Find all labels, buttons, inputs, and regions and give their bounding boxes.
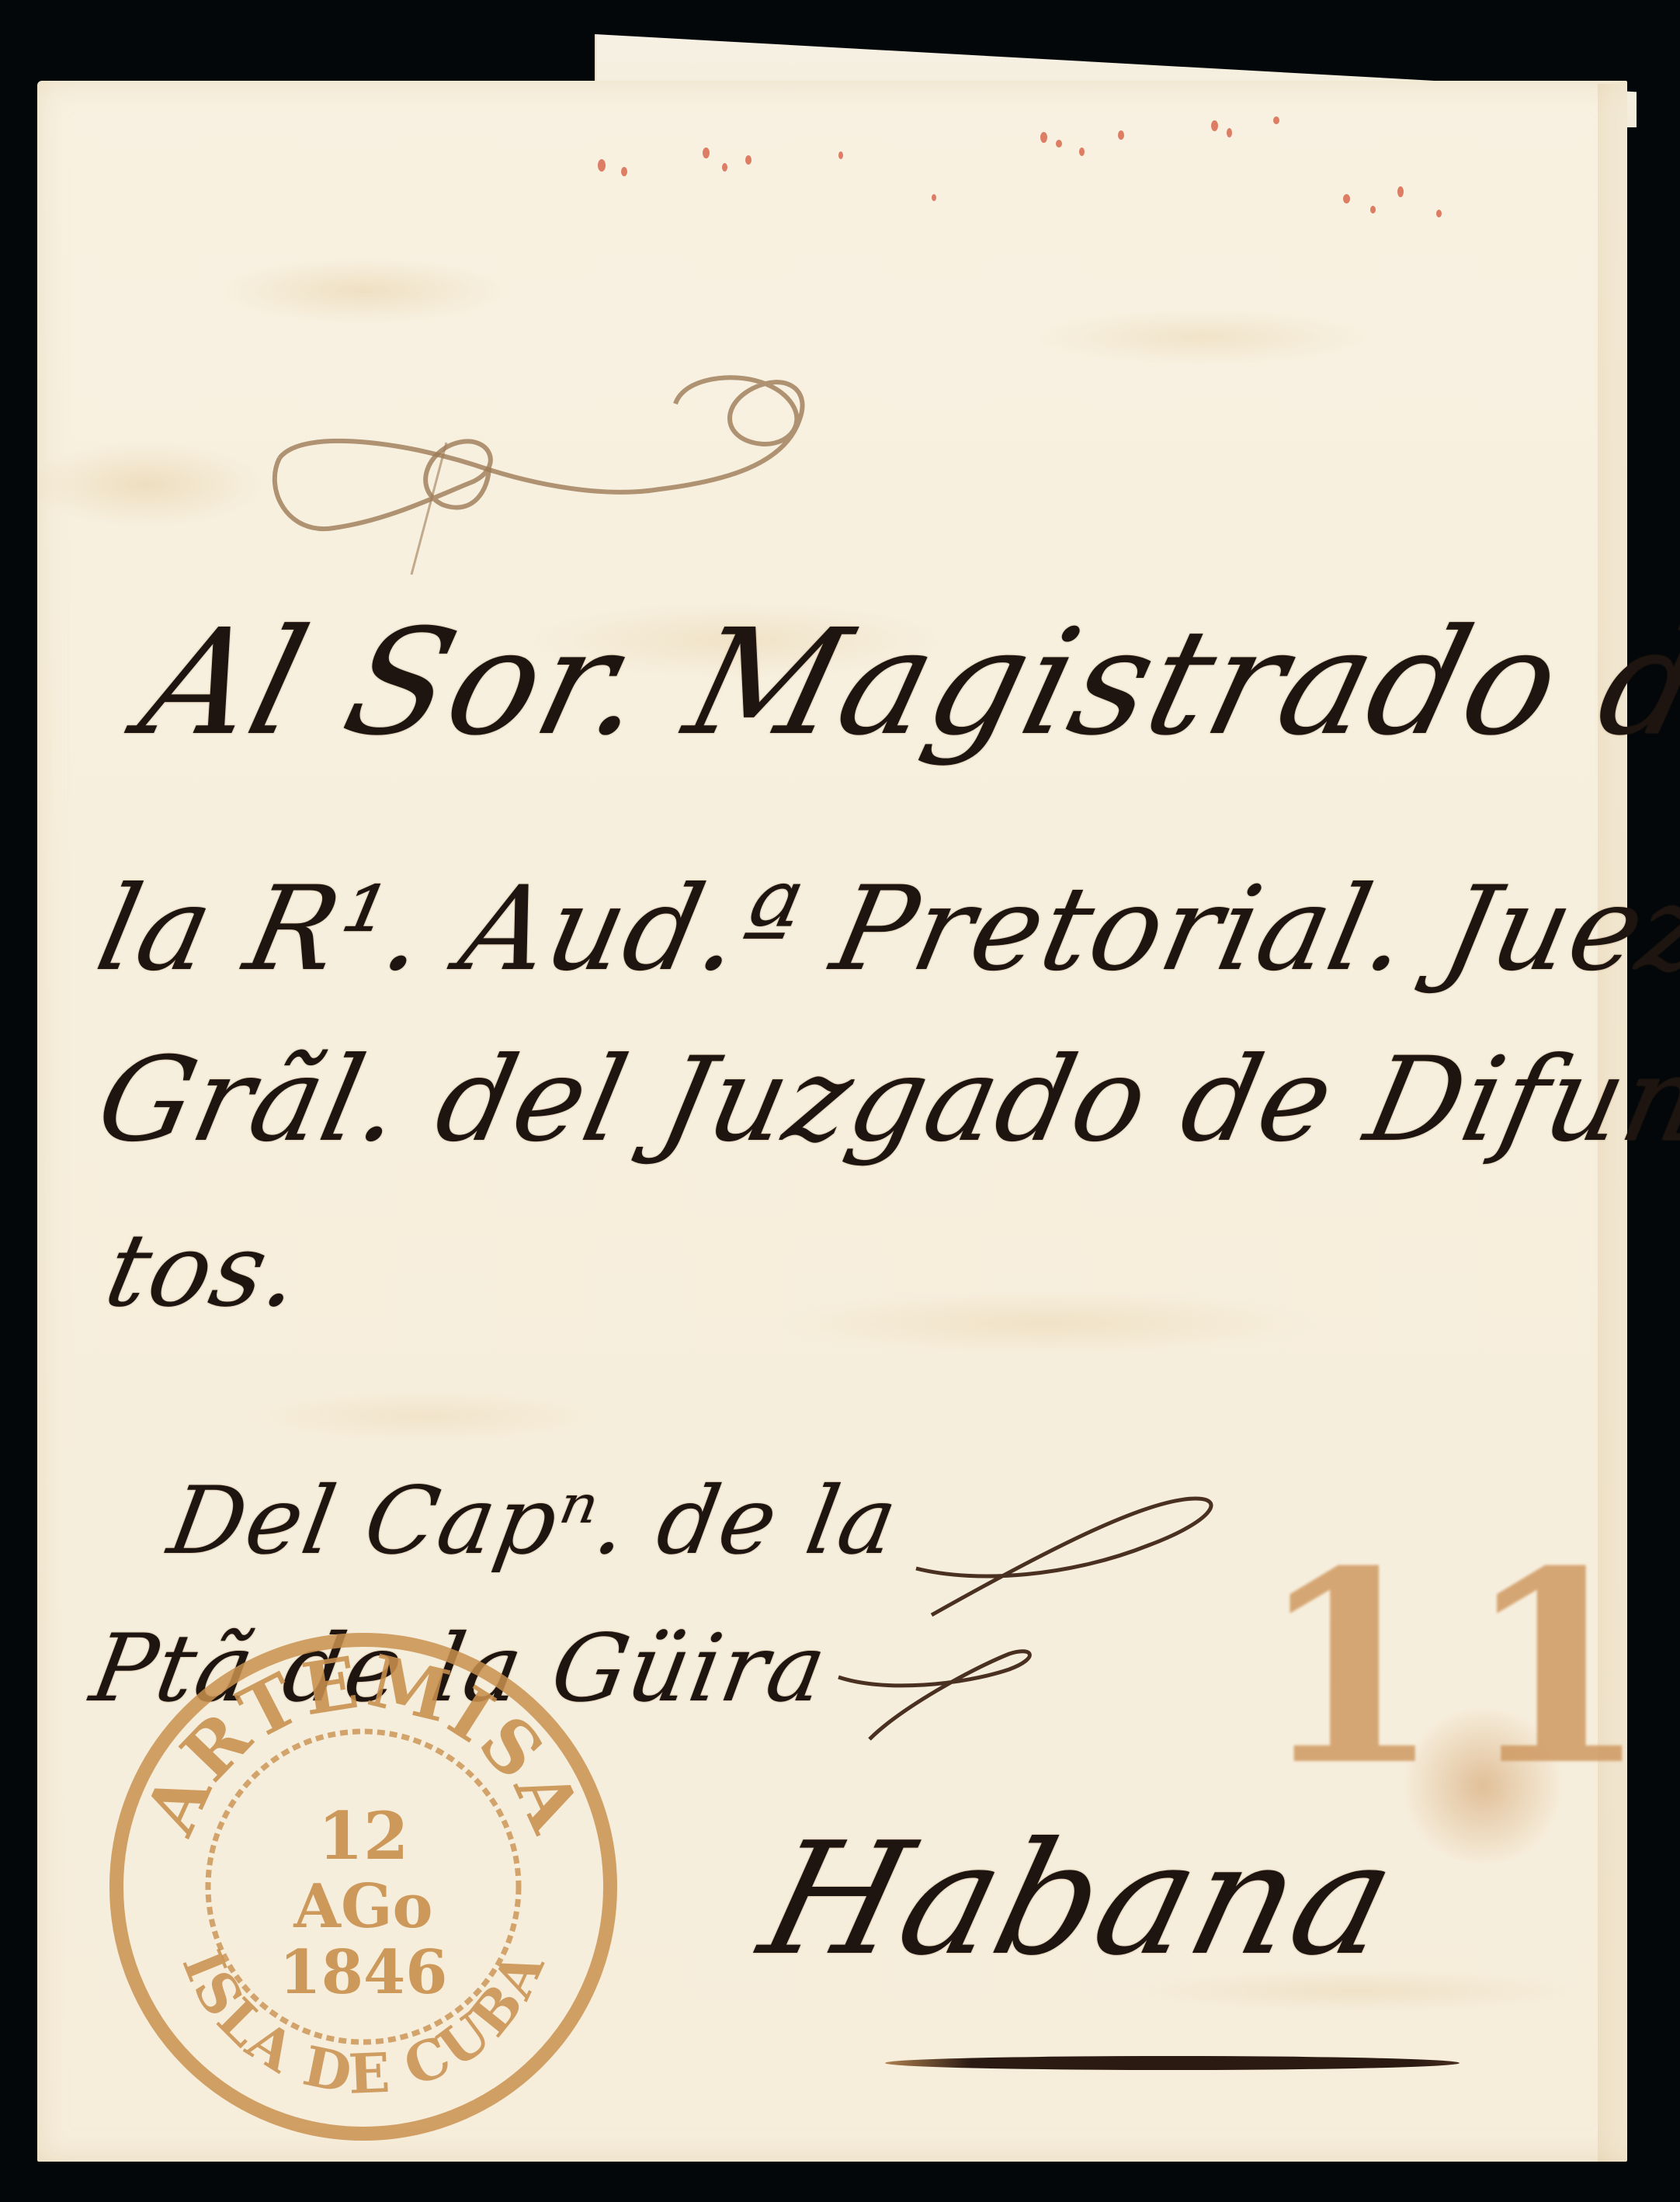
ink-smudge (1397, 1708, 1568, 1863)
sender-flourish-1 (916, 1483, 1242, 1623)
address-line-3: Grãl. del Juzgado de Difun- (87, 1033, 1680, 1168)
postmark-year: 1846 (99, 1937, 627, 2008)
flourish-rubric (256, 326, 877, 575)
destination-underline (885, 2056, 1460, 2070)
postmark-day: 12 (99, 1797, 627, 1874)
postmark-month: AGo (99, 1871, 627, 1942)
destination-city: Habana (746, 1809, 1413, 1990)
address-line-2: la R¹. Aud.ª Pretorial. Juez (87, 862, 1680, 997)
sender-line-1: Del Capⁿ. de la (161, 1467, 906, 1575)
address-line-4: tos. (96, 1211, 313, 1329)
circular-datestamp: ARTEMISA ISLA DE CUBA 12 AGo 1846 (99, 1623, 627, 2151)
sender-flourish-2 (838, 1646, 1040, 1747)
address-line-1: Al Sor. Magistrado de (127, 598, 1680, 768)
